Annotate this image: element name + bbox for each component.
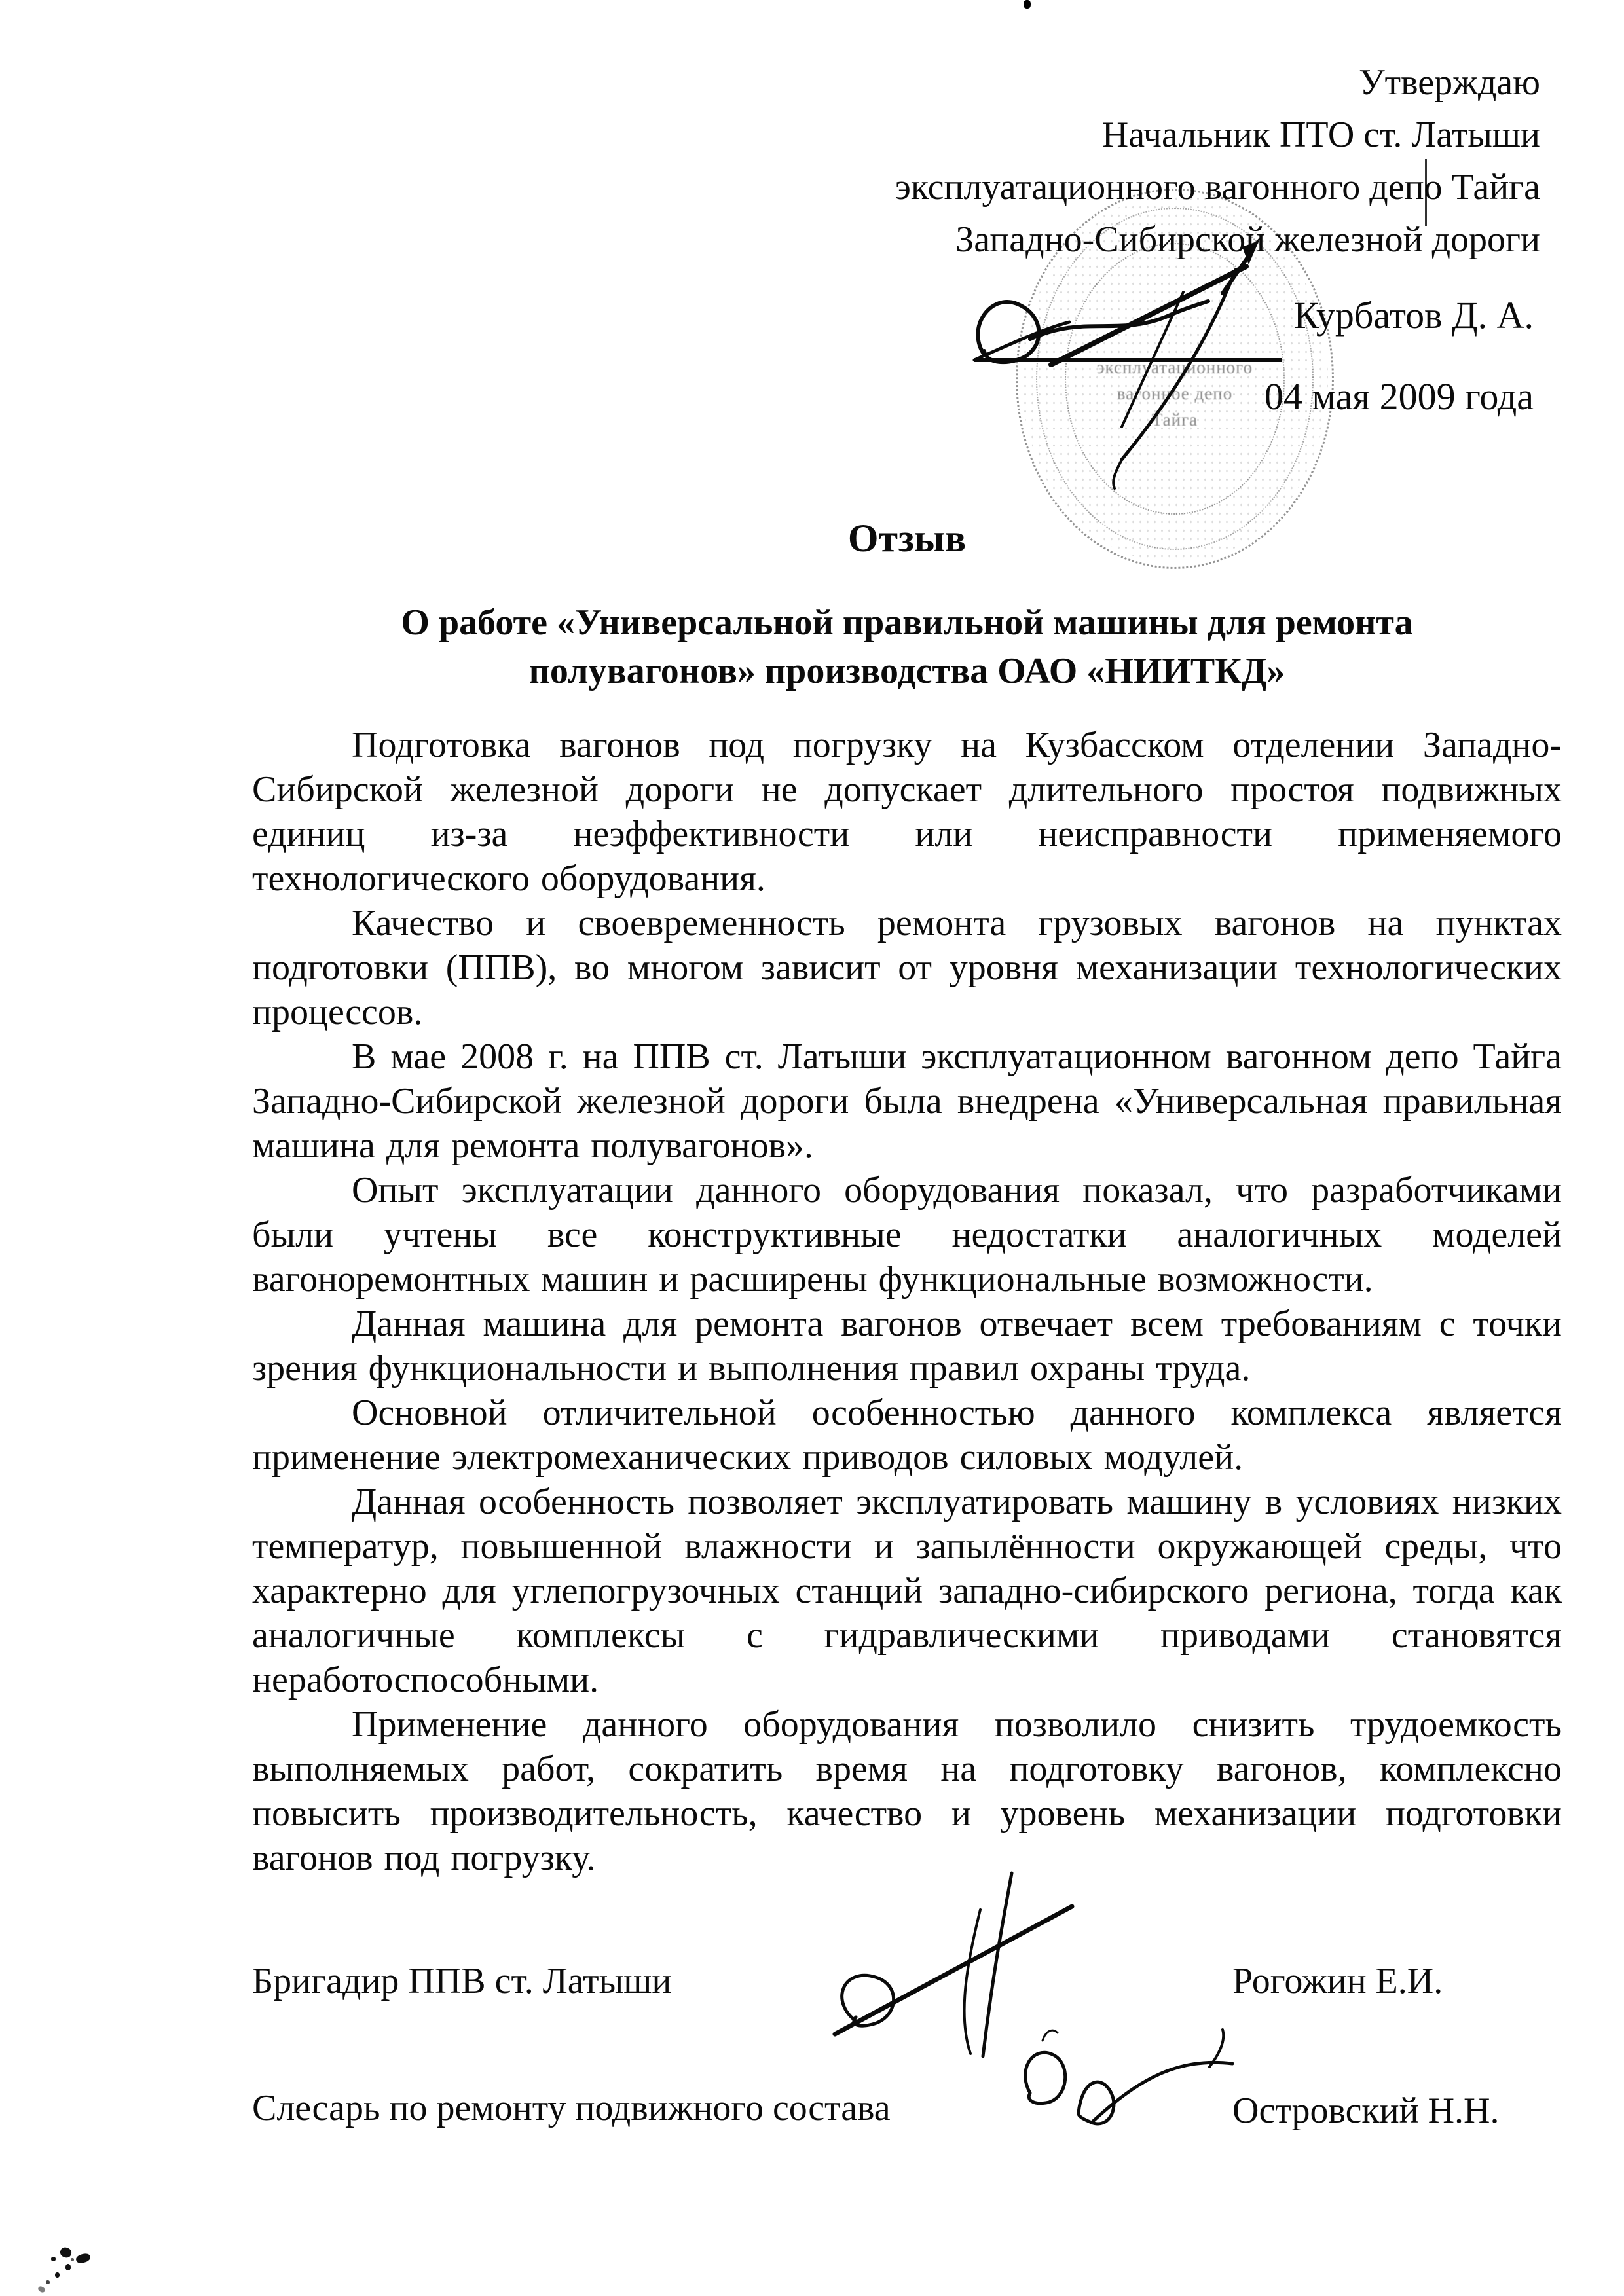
signature-label-slesar: Слесарь по ремонту подвижного состава bbox=[252, 2087, 891, 2129]
body-paragraph: Подготовка вагонов под погрузку на Кузба… bbox=[252, 723, 1562, 901]
body-paragraph: Данная особенность позволяет эксплуатиро… bbox=[252, 1480, 1562, 1702]
body-paragraph: В мае 2008 г. на ППВ ст. Латыши эксплуат… bbox=[252, 1034, 1562, 1168]
ink-speckle bbox=[34, 2242, 113, 2296]
signature-label-brigadir: Бригадир ППВ ст. Латыши bbox=[252, 1960, 671, 2002]
approval-line: Утверждаю bbox=[767, 56, 1540, 109]
approver-name: Курбатов Д. А. bbox=[1294, 293, 1534, 337]
approval-date: 04 мая 2009 года bbox=[1264, 374, 1534, 418]
scan-artifact-vertical-line bbox=[1425, 159, 1427, 226]
body-paragraph: Опыт эксплуатации данного оборудования п… bbox=[252, 1168, 1562, 1302]
document-subtitle-line: О работе «Универсальной правильной машин… bbox=[252, 598, 1562, 647]
signature-name-ostrovsky: Островский Н.Н. bbox=[1232, 2090, 1499, 2132]
document-subtitle-line: полувагонов» производства ОАО «НИИТКД» bbox=[252, 647, 1562, 695]
signature-name-rogozhin: Рогожин Е.И. bbox=[1232, 1960, 1443, 2002]
signature-kurbatov bbox=[953, 229, 1319, 498]
body-paragraph: Данная машина для ремонта вагонов отвеча… bbox=[252, 1302, 1562, 1391]
scanned-document-page: эксплуатационного вагонное депо Тайга Ут… bbox=[0, 0, 1624, 2296]
document-body: Подготовка вагонов под погрузку на Кузба… bbox=[252, 723, 1562, 1880]
body-paragraph: Качество и своевременность ремонта грузо… bbox=[252, 901, 1562, 1034]
document-subtitle: О работе «Универсальной правильной машин… bbox=[252, 598, 1562, 695]
approval-line: Начальник ПТО ст. Латыши bbox=[767, 109, 1540, 161]
approval-line: эксплуатационного вагонного депо Тайга bbox=[767, 161, 1540, 213]
signature-ostrovsky bbox=[979, 2000, 1241, 2157]
body-paragraph: Применение данного оборудования позволил… bbox=[252, 1702, 1562, 1880]
scan-artifact-dot bbox=[1024, 0, 1031, 9]
body-paragraph: Основной отличительной особенностью данн… bbox=[252, 1391, 1562, 1480]
document-title: Отзыв bbox=[252, 516, 1562, 561]
